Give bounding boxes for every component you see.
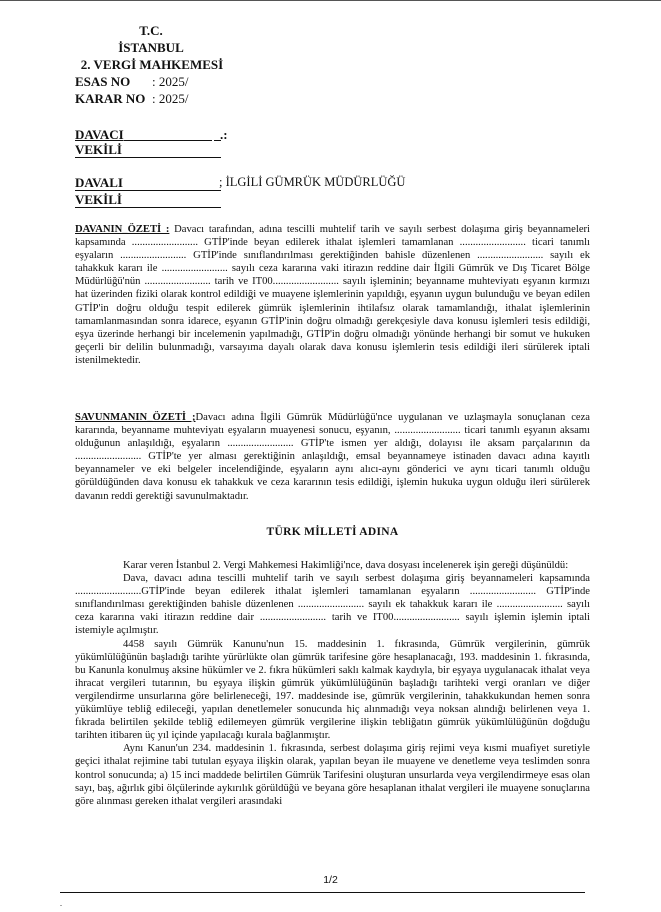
body-paragraph-4: Aynı Kanun'un 234. maddesinin 1. fıkrası… xyxy=(75,742,590,807)
davali-vekili-line xyxy=(75,207,221,208)
davaci-separator: .: xyxy=(220,127,228,143)
body-section: Karar veren İstanbul 2. Vergi Mahkemesi … xyxy=(75,559,590,808)
davali-label: DAVALI xyxy=(75,175,123,191)
davaci-blank-line xyxy=(124,140,212,141)
body-paragraph-1: Karar veren İstanbul 2. Vergi Mahkemesi … xyxy=(75,559,590,572)
header-court: 2. VERGİ MAHKEMESİ xyxy=(72,57,232,73)
davali-line xyxy=(75,190,221,191)
body-paragraph-3: 4458 sayılı Gümrük Kanunu'nun 15. maddes… xyxy=(75,638,590,743)
decision-title: TÜRK MİLLETİ ADINA xyxy=(75,526,590,538)
savunma-ozeti-text: Davacı adına İlgili Gümrük Müdürlüğü'nce… xyxy=(75,412,590,502)
savunma-ozeti-heading: SAVUNMANIN_ÖZETİ ; xyxy=(75,412,196,423)
footer-divider xyxy=(60,892,585,893)
body-paragraph-2: Dava, davacı adına tescilli muhtelif tar… xyxy=(75,572,590,637)
esas-no-value: : 2025/ xyxy=(152,74,188,90)
footer-mark: . xyxy=(60,899,62,908)
karar-no-label: KARAR NO xyxy=(75,91,145,107)
header-city: İSTANBUL xyxy=(76,40,226,56)
davaci-vekili-line xyxy=(75,157,221,158)
dava-ozeti-heading: DAVANIN_ÖZETİ : xyxy=(75,224,169,235)
davaci-vekili-label: VEKİLİ xyxy=(75,142,122,158)
davali-value: ; İLGİLİ GÜMRÜK MÜDÜRLÜĞÜ xyxy=(219,175,405,190)
davaci-label: DAVACI xyxy=(75,127,124,143)
header-tc: T.C. xyxy=(76,23,226,39)
davali-vekili-label: VEKİLİ xyxy=(75,192,122,208)
dava-ozeti-section: DAVANIN_ÖZETİ : Davacı tarafından, adına… xyxy=(75,223,590,367)
page-number: 1/2 xyxy=(0,874,661,886)
esas-no-label: ESAS NO xyxy=(75,74,130,90)
savunma-ozeti-section: SAVUNMANIN_ÖZETİ ;Davacı adına İlgili Gü… xyxy=(75,411,590,503)
karar-no-value: : 2025/ xyxy=(152,91,188,107)
dava-ozeti-text: Davacı tarafından, adına tescilli muhtel… xyxy=(75,224,590,366)
